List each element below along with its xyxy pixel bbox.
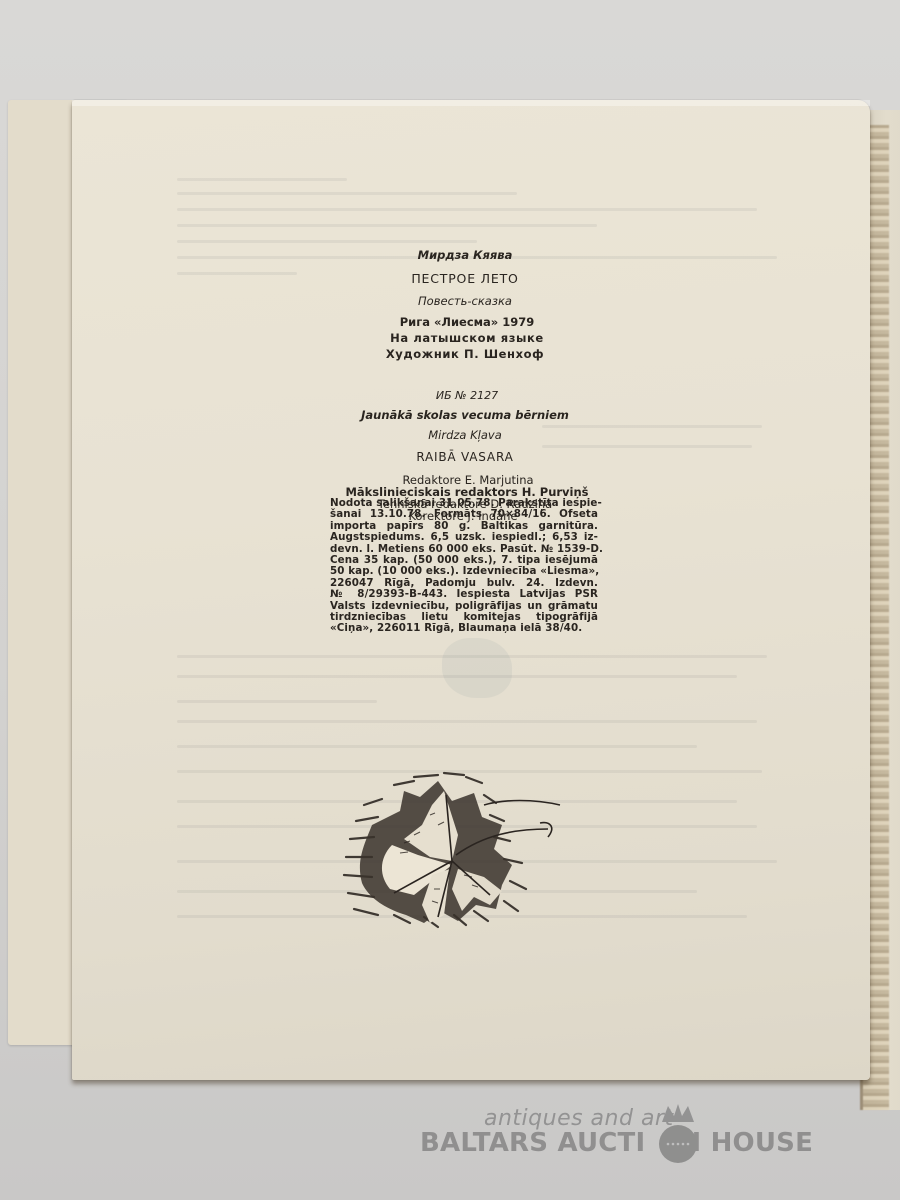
watermark-brand: BALTARS AUCTIN HOUSE (420, 1128, 813, 1158)
author-ru: Мирдза Кяява (66, 250, 864, 262)
show-through-text (177, 178, 347, 181)
imprint-line: Augstspiedums. 6,5 uzsk. iespiedl.; 6,53… (330, 532, 598, 543)
title-lv: RAIBĀ VASARA (66, 451, 864, 463)
show-through-text (177, 240, 477, 243)
ib-number: ИБ № 2127 (68, 390, 866, 401)
show-through-text (177, 700, 377, 703)
imprint-line: «Ciņa», 226011 Rīgā, Blaumaņa ielā 38/40… (330, 623, 598, 634)
show-through-text (177, 208, 757, 211)
auction-house-watermark: antiques and art BALTARS AUCTIN HOUSE (420, 1102, 820, 1172)
author-lv: Mirdza Kļava (66, 430, 864, 442)
maple-leaf-illustration (334, 765, 564, 930)
imprint-line: № 8/29393-B-443. Iespiesta Latvijas PSR (330, 589, 598, 600)
show-through-text (177, 745, 697, 748)
show-through-text (177, 192, 517, 195)
show-through-text (542, 445, 752, 448)
illustrator-ru: Художник П. Шенхоф (66, 349, 864, 361)
genre-ru: Повесть-сказка (66, 296, 864, 308)
show-through-text (177, 720, 757, 723)
book-page: Мирдза Кяява ПЕСТРОЕ ЛЕТО Повесть-сказка… (72, 100, 870, 1080)
watermark-brand-left: BALTARS AUCTI (420, 1128, 645, 1158)
show-through-illustration (442, 638, 512, 698)
language-ru: На латышском языке (68, 333, 866, 345)
audience-lv: Jaunākā skolas vecuma bērniem (66, 410, 864, 422)
publisher-ru: Рига «Лиесма» 1979 (68, 317, 866, 329)
show-through-text (542, 425, 762, 428)
title-ru: ПЕСТРОЕ ЛЕТО (66, 273, 864, 286)
crown-orb-icon (656, 1104, 700, 1166)
show-through-text (177, 224, 597, 227)
imprint-paragraph: Nodota salikšanai 31.05.78. Parakstīta i… (330, 498, 598, 635)
